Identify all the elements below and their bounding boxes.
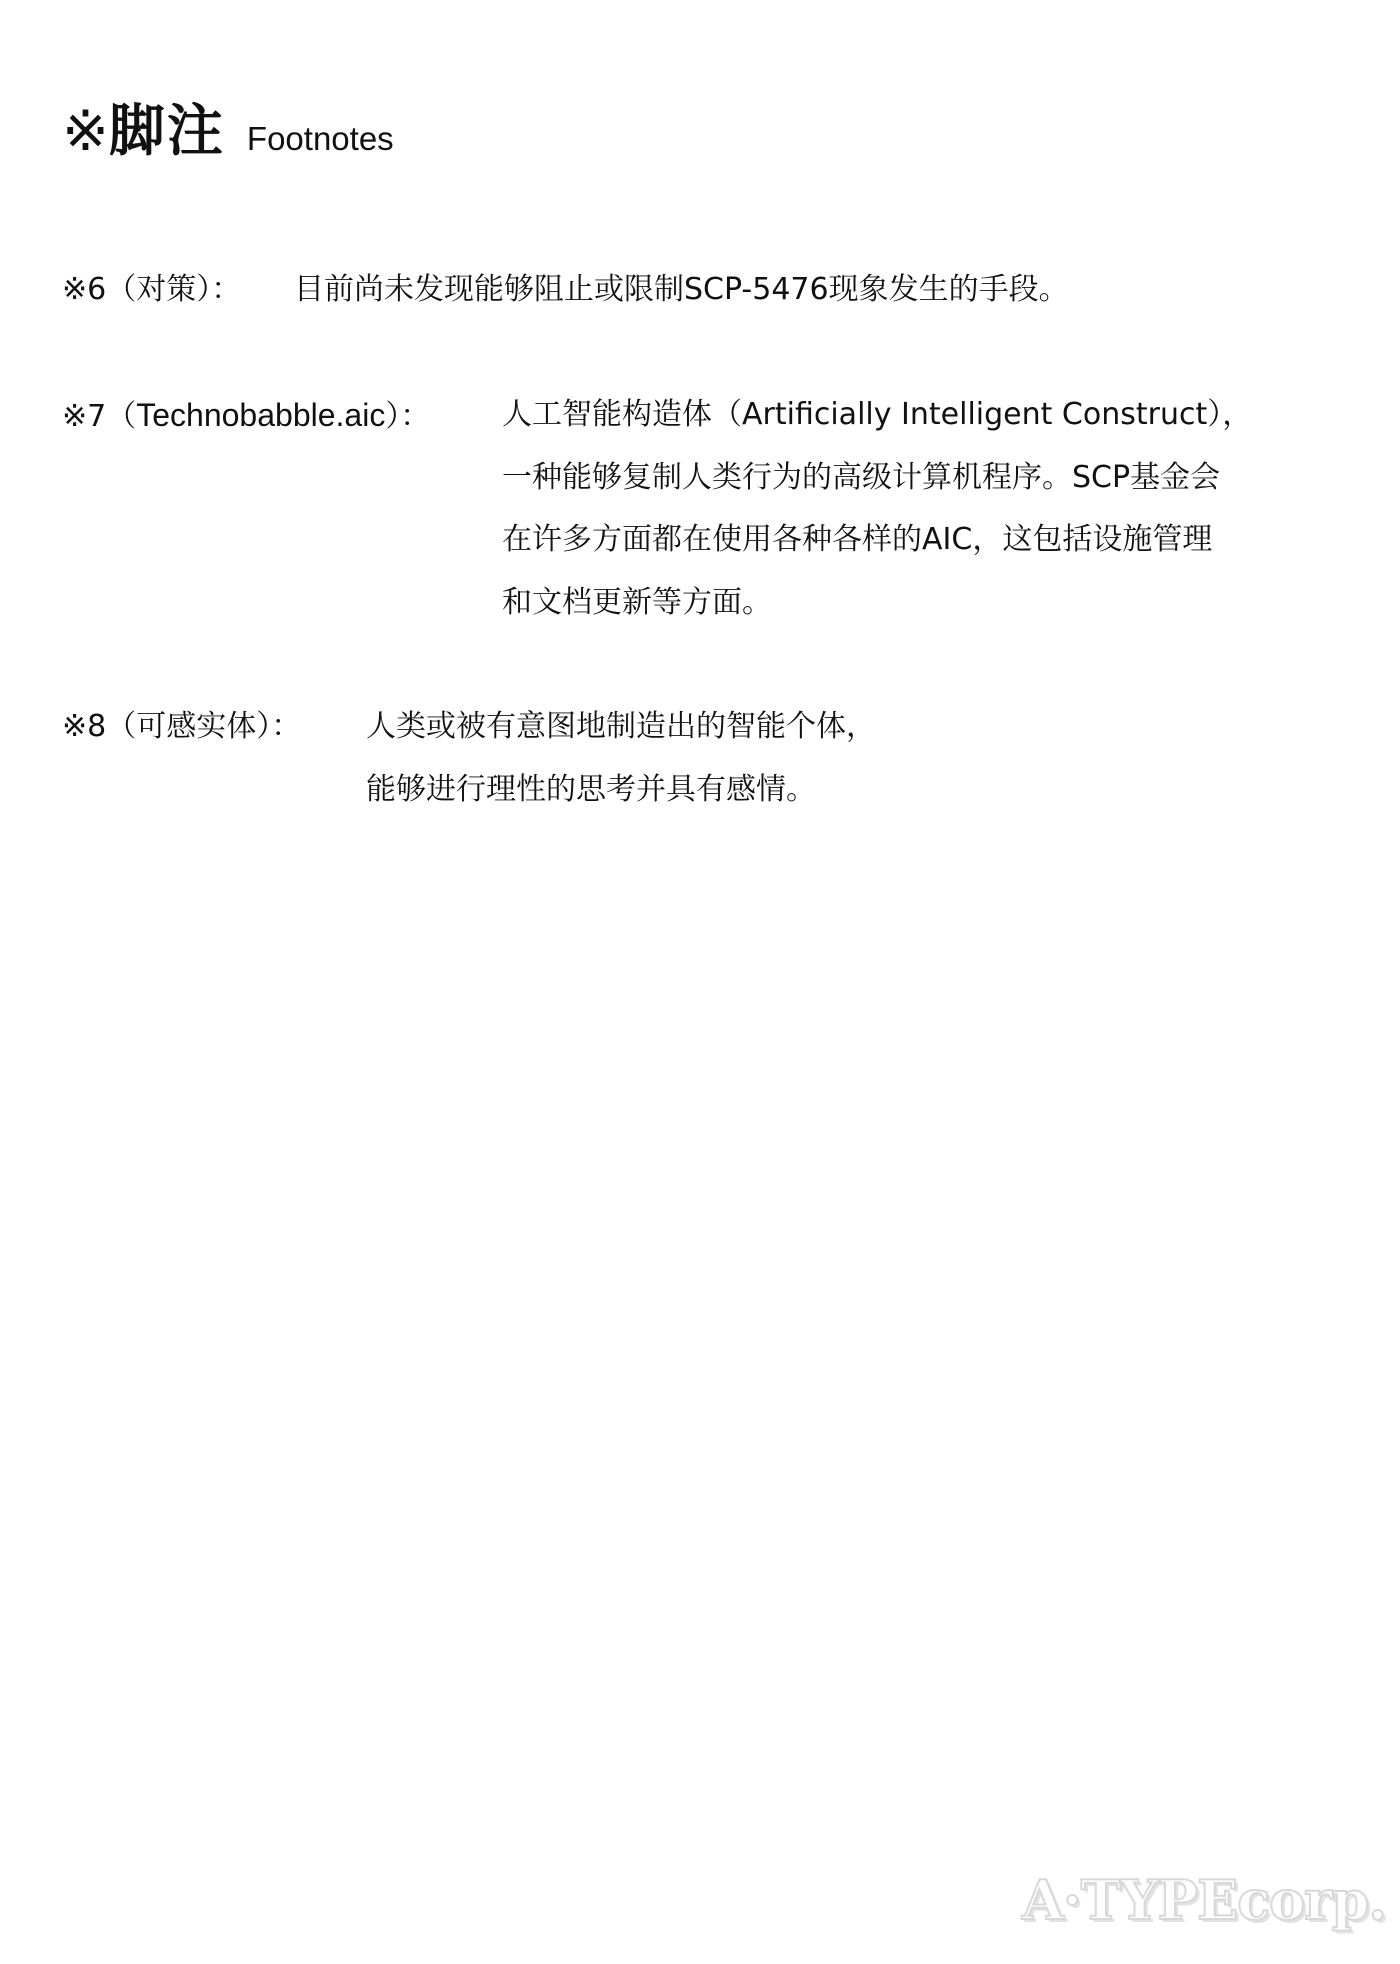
footnote-term: 可感实体 bbox=[136, 709, 256, 744]
footnote-label: ※6（对策）： bbox=[62, 259, 294, 322]
footnote-line: 人类或被有意图地制造出的智能个体， bbox=[366, 696, 876, 759]
footnote-line: 能够进行理性的思考并具有感情。 bbox=[366, 759, 876, 822]
footnote-line: 人工智能构造体（Artificially Intelligent Constru… bbox=[502, 384, 1252, 447]
footnote-number: ※7（ bbox=[62, 399, 136, 434]
footnote-body: 人工智能构造体（Artificially Intelligent Constru… bbox=[502, 384, 1252, 634]
footnote-number: ※6（ bbox=[62, 272, 136, 307]
footnote-body: 人类或被有意图地制造出的智能个体， 能够进行理性的思考并具有感情。 bbox=[366, 696, 876, 821]
footnote-6: ※6（对策）： 目前尚未发现能够阻止或限制SCP-5476现象发生的手段。 bbox=[62, 259, 1069, 322]
footnote-line: 一种能够复制人类行为的高级计算机程序。SCP基金会 bbox=[502, 447, 1252, 510]
footnote-8: ※8（可感实体）： 人类或被有意图地制造出的智能个体， 能够进行理性的思考并具有… bbox=[62, 696, 876, 821]
footnote-line: 目前尚未发现能够阻止或限制SCP-5476现象发生的手段。 bbox=[294, 259, 1069, 322]
footnote-label-close: ）： bbox=[256, 709, 301, 744]
heading-title-english: Footnotes bbox=[247, 120, 394, 158]
footnote-line: 在许多方面都在使用各种各样的AIC，这包括设施管理 bbox=[502, 509, 1252, 572]
footnote-7: ※7（Technobabble.aic）： 人工智能构造体（Artificial… bbox=[62, 384, 1252, 634]
footnote-label: ※8（可感实体）： bbox=[62, 696, 366, 821]
footnote-body: 目前尚未发现能够阻止或限制SCP-5476现象发生的手段。 bbox=[294, 259, 1069, 322]
footnote-label-close: ）： bbox=[385, 399, 430, 434]
page-heading: ※ 脚注 Footnotes bbox=[62, 96, 394, 168]
footnote-line: 和文档更新等方面。 bbox=[502, 572, 1252, 635]
footnote-label: ※7（Technobabble.aic）： bbox=[62, 384, 502, 634]
heading-title-chinese: 脚注 bbox=[109, 96, 225, 168]
footnote-label-close: ）： bbox=[196, 272, 241, 307]
footnote-number: ※8（ bbox=[62, 709, 136, 744]
watermark-logo: A·TYPEcorp. bbox=[1022, 1868, 1386, 1932]
reference-mark-icon: ※ bbox=[62, 96, 109, 168]
footnote-term: 对策 bbox=[136, 272, 196, 307]
footnote-term: Technobabble.aic bbox=[136, 397, 385, 433]
